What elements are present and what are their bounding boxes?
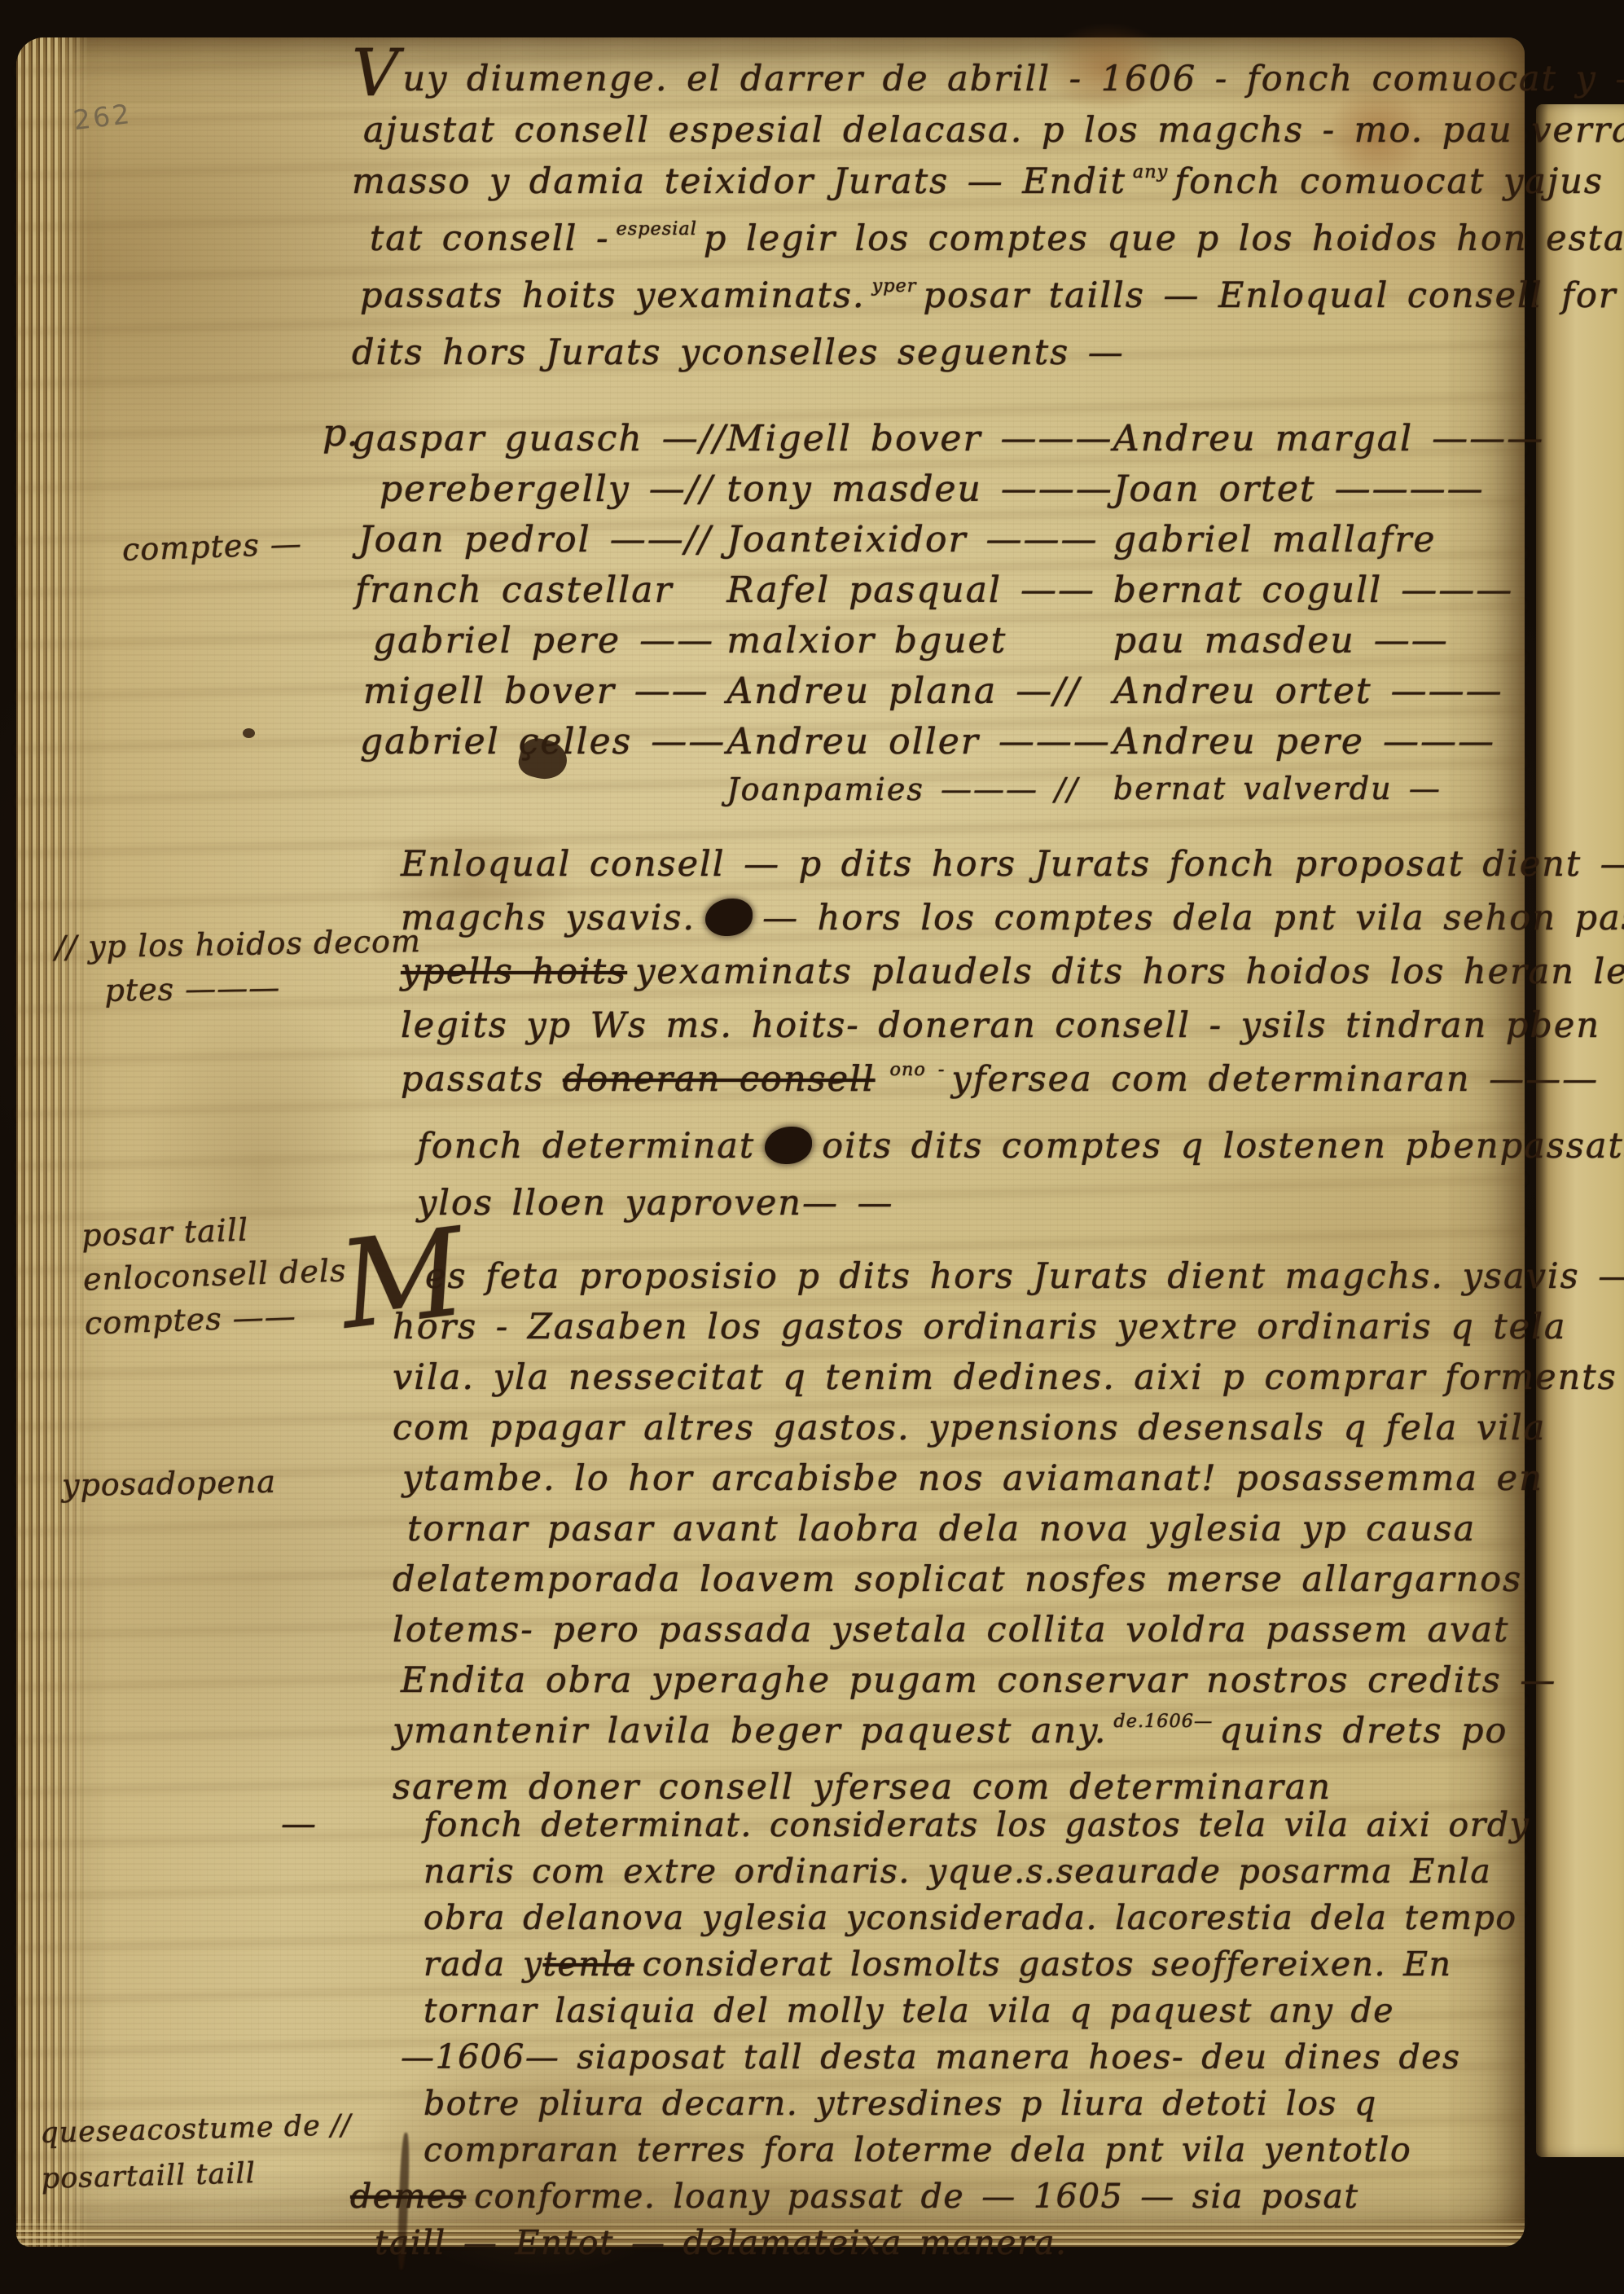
line-text: obra delanova yglesia yconsiderada. laco… bbox=[424, 1898, 1517, 1937]
manuscript-line: Endita obra yperaghe pugam conservar nos… bbox=[401, 1655, 1624, 1706]
manuscript-line: dits hors Jurats yconselles seguents — bbox=[352, 327, 1624, 379]
line-text: yexaminats plaudels dits hors hoidos los… bbox=[635, 951, 1624, 992]
line-text: lotems- pero passada ysetala collita vol… bbox=[393, 1610, 1509, 1650]
line-text: ytambe. lo hor arcabisbe nos aviamanat! … bbox=[402, 1458, 1543, 1499]
attendee-name: franch castellar bbox=[355, 565, 726, 616]
manuscript-line: naris com extre ordinaris. yque.s.seaura… bbox=[424, 1848, 1530, 1895]
line-text: uy diumenge. el darrer de abrill - 1606 … bbox=[402, 59, 1624, 99]
interlinear-insertion: espesial bbox=[617, 218, 697, 240]
attendee-name: Joanpamies ——— // bbox=[726, 767, 1113, 811]
line-text: fonch determinat. considerats los gastos… bbox=[424, 1805, 1530, 1844]
ink-blot bbox=[765, 1127, 812, 1164]
opening-paragraph: Vuy diumenge. el darrer de abrill - 1606… bbox=[352, 54, 1624, 379]
manuscript-line: obra delanova yglesia yconsiderada. laco… bbox=[424, 1895, 1530, 1941]
manuscript-line: delatemporada loavem soplicat nosfes mer… bbox=[393, 1554, 1624, 1605]
tax-proposal-paragraph: M es feta proposisio p dits hors Jurats … bbox=[393, 1251, 1624, 1813]
line-text: ymantenir lavila beger paquest any. bbox=[393, 1711, 1107, 1751]
interlinear-insertion: ono - bbox=[890, 1059, 946, 1080]
struck-text: doneran consell bbox=[563, 1059, 876, 1100]
attendee-name: Andreu oller ——— bbox=[726, 717, 1113, 767]
manuscript-line: lotems- pero passada ysetala collita vol… bbox=[393, 1605, 1624, 1655]
manuscript-line: passats doneran consellono -yfersea com … bbox=[401, 1053, 1624, 1112]
interlinear-insertion: any bbox=[1133, 161, 1168, 182]
attendee-name: Andreu pere ——— bbox=[1113, 717, 1509, 767]
line-text: tornar pasar avant laobra dela nova ygle… bbox=[407, 1509, 1476, 1549]
line-text: passats bbox=[401, 1059, 544, 1100]
attendee-name: Joan ortet ———— bbox=[1113, 464, 1509, 515]
line-text: ajustat consell espesial delacasa. p los… bbox=[363, 110, 1624, 151]
line-text: ylos lloen yaproven— — bbox=[417, 1183, 894, 1224]
manuscript-line: demesconforme. loany passat de — 1605 — … bbox=[350, 2173, 1530, 2220]
struck-text: ypells hoits bbox=[401, 951, 627, 992]
line-text: botre pliura decarn. ytresdines p liura … bbox=[424, 2084, 1377, 2123]
manuscript-line: magchs ysavis.— hors los comptes dela pn… bbox=[401, 891, 1624, 945]
line-text: oits dits comptes q lostenen pbenpassats bbox=[822, 1126, 1624, 1167]
manuscript-line: com ppagar altres gastos. ypensions dese… bbox=[393, 1403, 1624, 1453]
paragraph-marker: p. bbox=[323, 411, 358, 455]
interlinear-insertion: yper bbox=[872, 275, 917, 297]
note-text: yposadopena bbox=[62, 1464, 277, 1504]
manuscript-line: —1606— siaposat tall desta manera hoes- … bbox=[401, 2034, 1530, 2081]
line-text: fonch comuocat yajus bbox=[1174, 161, 1604, 202]
line-text: masso y damia teixidor Jurats — Endit bbox=[352, 161, 1126, 202]
manuscript-line: compraran terres fora loterme dela pnt v… bbox=[424, 2127, 1530, 2173]
manuscript-line: ymantenir lavila beger paquest any.de.16… bbox=[393, 1706, 1624, 1762]
attendee-name: gabriel pere —— bbox=[373, 616, 726, 666]
manuscript-line: rada ytenlaconsiderat losmolts gastos se… bbox=[424, 1941, 1530, 1988]
attendee-name: bernat valverdu — bbox=[1113, 767, 1509, 810]
line-text: taill — Entot — delamateixa manera. bbox=[375, 2223, 1068, 2262]
attendee-column-1: p. gaspar guasch —// perebergelly —// Jo… bbox=[352, 414, 726, 811]
note-text: enloconsell dels bbox=[82, 1248, 347, 1301]
manuscript-photo: { "colors": { "background": "#140d07", "… bbox=[0, 0, 1624, 2294]
manuscript-line: es feta proposisio p dits hors Jurats di… bbox=[425, 1251, 1624, 1302]
attendee-name: migell bover —— bbox=[363, 666, 726, 717]
manuscript-line: fonch determinat. considerats los gastos… bbox=[424, 1802, 1530, 1848]
manuscript-line: hors - Zasaben los gastos ordinaris yext… bbox=[393, 1302, 1624, 1352]
attendee-name: tony masdeu ——— bbox=[726, 464, 1113, 515]
manuscript-line: vila. yla nessecitat q tenim dedines. ai… bbox=[393, 1352, 1624, 1403]
line-text: hors - Zasaben los gastos ordinaris yext… bbox=[393, 1307, 1567, 1347]
line-text: com ppagar altres gastos. ypensions dese… bbox=[393, 1408, 1546, 1448]
flourished-initial: V bbox=[352, 35, 400, 111]
line-text: dits hors Jurats yconselles seguents — bbox=[352, 332, 1125, 373]
line-text: es feta proposisio p dits hors Jurats di… bbox=[425, 1256, 1624, 1297]
paragraph-dash: — bbox=[281, 1804, 316, 1844]
manuscript-line: ytambe. lo hor arcabisbe nos aviamanat! … bbox=[402, 1453, 1624, 1504]
manuscript-line: Vuy diumenge. el darrer de abrill - 1606… bbox=[352, 54, 1624, 105]
attendee-name: gabriel çelles —— bbox=[360, 717, 726, 767]
margin-note-pena: yposadopena bbox=[62, 1460, 277, 1508]
line-text: tornar lasiquia del molly tela vila q pa… bbox=[424, 1991, 1394, 2030]
line-text: legits yp Ws ms. hoits- doneran consell … bbox=[401, 1005, 1600, 1046]
margin-note-comptes: comptes — bbox=[121, 521, 303, 572]
line-text: conforme. loany passat de — 1605 — sia p… bbox=[474, 2177, 1358, 2216]
manuscript-line: ylos lloen yaproven— — bbox=[417, 1175, 1624, 1232]
manuscript-line: taill — Entot — delamateixa manera. bbox=[375, 2220, 1530, 2266]
attendee-column-2: Migell bover ——— tony masdeu ——— Joantei… bbox=[726, 414, 1113, 811]
attendee-name: Andreu plana —// bbox=[726, 666, 1113, 717]
margin-note-posar-taill: posar taill enloconsell dels comptes —— bbox=[81, 1204, 349, 1345]
attendee-name: Andreu ortet ——— bbox=[1113, 666, 1509, 717]
attendee-name: bernat cogull ——— bbox=[1113, 565, 1509, 616]
attendee-column-3: Andreu margal ——— Joan ortet ———— gabrie… bbox=[1113, 414, 1509, 811]
manuscript-line: tornar lasiquia del molly tela vila q pa… bbox=[424, 1988, 1530, 2034]
struck-text: tenla bbox=[543, 1945, 634, 1984]
line-text: compraran terres fora loterme dela pnt v… bbox=[424, 2130, 1411, 2169]
line-text: yfersea com determinaran ——— bbox=[951, 1059, 1599, 1100]
council-paragraph: Enloqual consell — p dits hors Jurats fo… bbox=[401, 837, 1624, 1112]
manuscript-line: masso y damia teixidor Jurats — Enditany… bbox=[352, 156, 1624, 213]
line-text: naris com extre ordinaris. yque.s.seaura… bbox=[424, 1852, 1491, 1891]
manuscript-line: tat consell -espesialp legir los comptes… bbox=[370, 213, 1624, 270]
attendee-name: malxior bguet bbox=[726, 616, 1113, 666]
note-text: comptes —— bbox=[84, 1292, 349, 1345]
first-resolution-paragraph: fonch determinatoits dits comptes q lost… bbox=[417, 1118, 1624, 1232]
attendee-name: Rafel pasqual —— bbox=[726, 565, 1113, 616]
struck-text: demes bbox=[350, 2177, 466, 2216]
attendee-columns: p. gaspar guasch —// perebergelly —// Jo… bbox=[352, 414, 1508, 811]
line-text: quins drets po bbox=[1219, 1711, 1508, 1751]
manuscript-line: ypells hoitsyexaminats plaudels dits hor… bbox=[401, 945, 1624, 999]
note-text: // yp los hoidos decom bbox=[55, 919, 421, 969]
line-text: Endita obra yperaghe pugam conservar nos… bbox=[401, 1660, 1556, 1701]
parchment-page: 262 Vuy diumenge. el darrer de abrill - … bbox=[16, 37, 1525, 2247]
manuscript-line: botre pliura decarn. ytresdines p liura … bbox=[424, 2081, 1530, 2127]
manuscript-line: passats hoits yexaminats.yperposar taill… bbox=[360, 270, 1624, 327]
line-text: p legir los comptes que p los hoidos hon… bbox=[704, 218, 1624, 259]
margin-note-hoidos: // yp los hoidos decom ptes ——— bbox=[55, 919, 422, 1013]
margin-note-costume: queseacostume de // posartaill taill bbox=[40, 2103, 353, 2202]
attendee-name: Joan pedrol ——// bbox=[358, 515, 726, 565]
line-text: tat consell - bbox=[370, 218, 610, 259]
line-text: delatemporada loavem soplicat nosfes mer… bbox=[393, 1559, 1522, 1600]
manuscript-line: fonch determinatoits dits comptes q lost… bbox=[417, 1118, 1624, 1175]
line-text: posar taills — Enloqual consell for bbox=[923, 275, 1617, 316]
manuscript-text-layer: Vuy diumenge. el darrer de abrill - 1606… bbox=[16, 37, 1525, 2247]
note-text: ptes ——— bbox=[104, 963, 422, 1013]
line-text: — hors los comptes dela pnt vila sehon p… bbox=[762, 898, 1624, 938]
line-text: rada y bbox=[424, 1945, 543, 1984]
line-text: fonch determinat bbox=[417, 1126, 755, 1167]
attendee-name: pau masdeu —— bbox=[1113, 616, 1509, 666]
attendee-name: gabriel mallafre bbox=[1113, 515, 1509, 565]
final-resolution-paragraph: fonch determinat. considerats los gastos… bbox=[424, 1802, 1530, 2266]
note-text: queseacostume de // bbox=[40, 2103, 353, 2156]
flourished-initial: M bbox=[334, 1211, 471, 1346]
note-text: posartaill taill bbox=[41, 2148, 353, 2202]
line-text: Enloqual consell — p dits hors Jurats fo… bbox=[401, 844, 1624, 885]
line-text: considerat losmolts gastos seoffereixen.… bbox=[643, 1945, 1452, 1984]
interlinear-insertion: de.1606— bbox=[1113, 1711, 1213, 1732]
ink-blot bbox=[705, 899, 753, 936]
line-text: passats hoits yexaminats. bbox=[360, 275, 866, 316]
attendee-name: gaspar guasch —// bbox=[352, 414, 726, 464]
attendee-name: Migell bover ——— bbox=[726, 414, 1113, 464]
manuscript-line: legits yp Ws ms. hoits- doneran consell … bbox=[401, 999, 1624, 1053]
line-text: magchs ysavis. bbox=[401, 898, 696, 938]
manuscript-line: tornar pasar avant laobra dela nova ygle… bbox=[407, 1504, 1624, 1554]
note-text: comptes — bbox=[121, 525, 302, 568]
attendee-name: Joanteixidor ——— bbox=[726, 515, 1113, 565]
attendee-name: perebergelly —// bbox=[380, 464, 726, 515]
line-text: vila. yla nessecitat q tenim dedines. ai… bbox=[393, 1357, 1617, 1398]
manuscript-line: Enloqual consell — p dits hors Jurats fo… bbox=[401, 837, 1624, 891]
manuscript-line: ajustat consell espesial delacasa. p los… bbox=[363, 105, 1624, 156]
attendee-name: Andreu margal ——— bbox=[1113, 414, 1509, 464]
line-text: —1606— siaposat tall desta manera hoes- … bbox=[401, 2037, 1461, 2076]
